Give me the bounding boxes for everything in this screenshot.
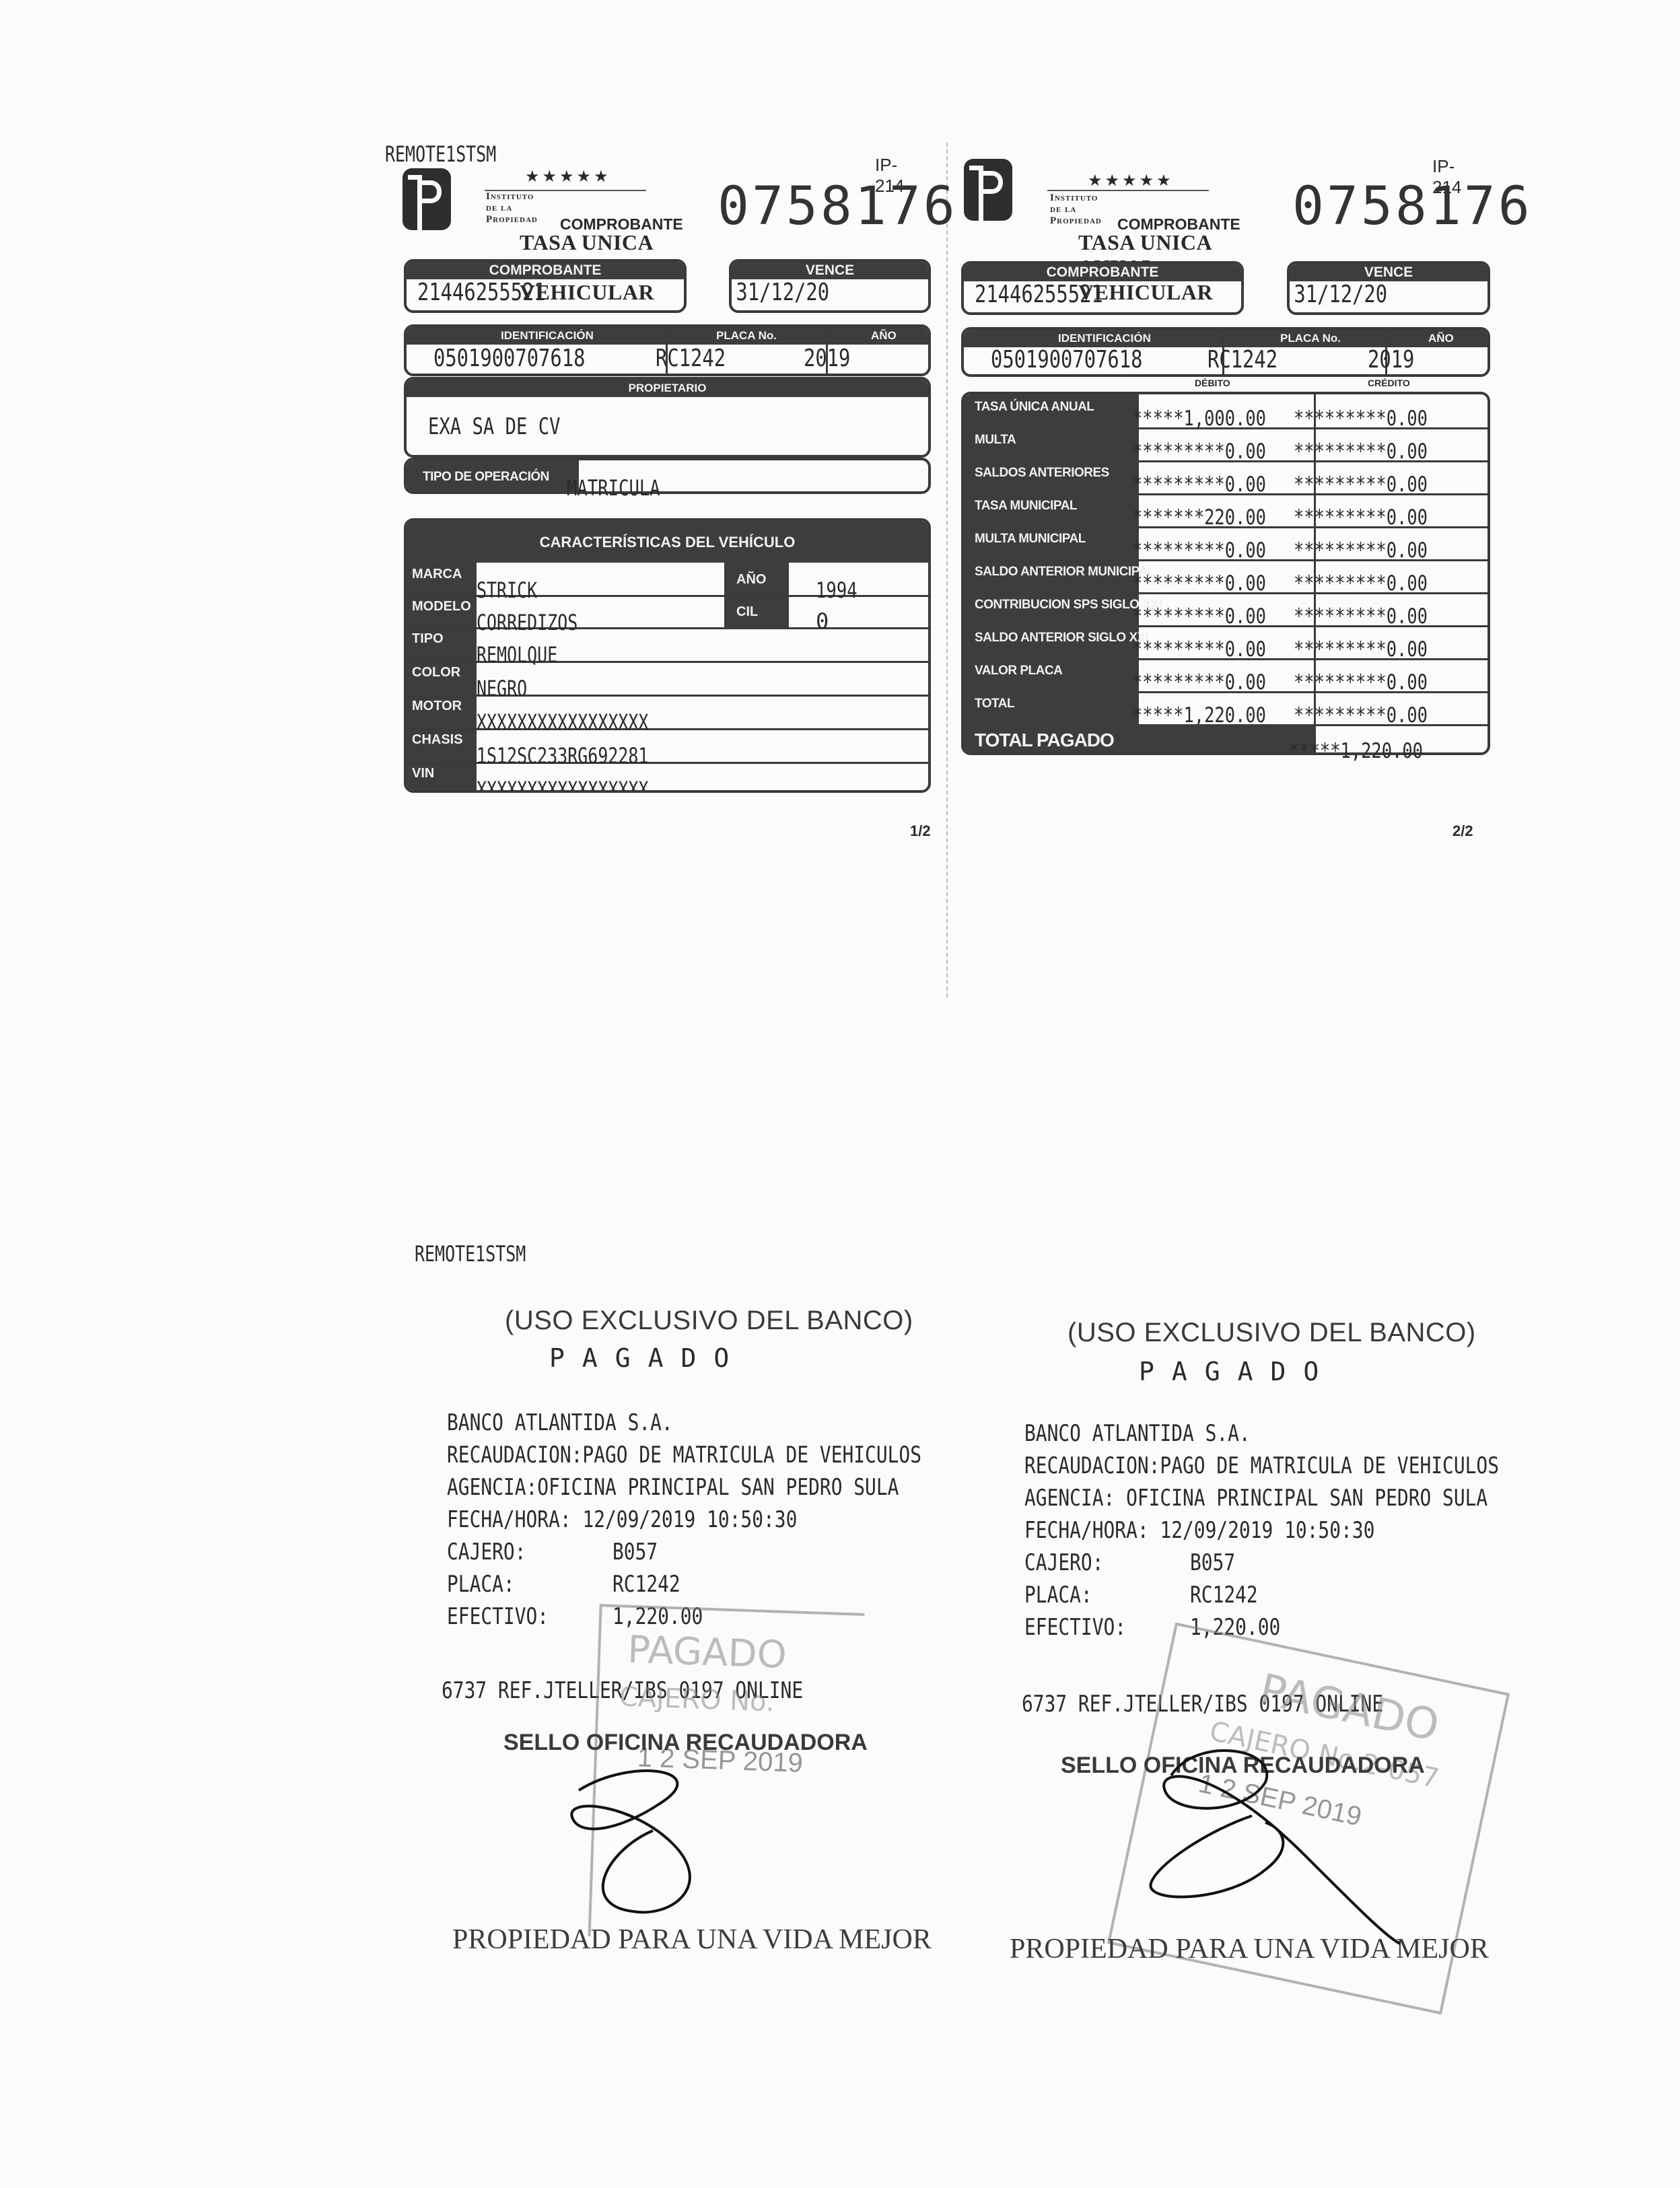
vehicle-field-value: XXXXXXXXXXXXXXXXX [477,777,648,793]
operation-box: TIPO DE OPERACIÓN [404,458,931,494]
comprobante-box: COMPROBANTE 21446255521 [961,261,1244,315]
identificacion-value: 0501900707618 [991,346,1142,374]
page-number: 2/2 [1452,822,1473,840]
cajero-label: CAJERO: [447,1536,612,1568]
serial-number: 0758176 [717,176,958,237]
fecha-row: FECHA/HORA: 12/09/2019 10:50:30 [1024,1514,1499,1547]
fecha-value: 12/09/2019 10:50:30 [1160,1517,1374,1544]
fecha-label: FECHA/HORA: [447,1506,571,1533]
stars-icon: ★★★★★ [525,167,611,186]
vehicle-field-label: MARCA [407,567,477,582]
identificacion-label: IDENTIFICACIÓN [1058,332,1151,345]
identificacion-label: IDENTIFICACIÓN [501,329,594,343]
efectivo-label: EFECTIVO: [1024,1611,1190,1644]
vehicle-field-label: VIN [407,766,477,781]
owner-value: EXA SA DE CV [407,397,824,440]
vence-box: VENCE 31/12/20 [1287,261,1490,315]
vehicle-cil-label: CIL [736,604,758,620]
vehicle-field-label: TIPO [407,631,477,647]
header-tag: REMOTE1STSM [385,141,496,167]
bank-exclusive-label: (USO EXCLUSIVO DEL BANCO) [505,1306,913,1336]
recaudacion: RECAUDACION:PAGO DE MATRICULA DE VEHICUL… [1024,1450,1499,1482]
signature-icon [552,1763,727,1952]
placa-value: RC1242 [1190,1582,1258,1609]
efectivo-label: EFECTIVO: [447,1600,612,1633]
finance-label: SALDO ANTERIOR SIGLO XXI [964,625,1139,658]
finance-label: MULTA MUNICIPAL [964,526,1139,559]
stars-icon: ★★★★★ [1088,171,1174,190]
placa-label: PLACA No. [1280,332,1341,345]
owner-label: PROPIETARIO [407,380,928,397]
finance-row: CONTRIBUCION SPS SIGLO XXI*********0.00*… [964,592,1490,627]
operation-label: TIPO DE OPERACIÓN [407,460,579,494]
debit-header: DÉBITO [1195,378,1230,388]
vehicle-row-motor: MOTORXXXXXXXXXXXXXXXXX [407,695,931,730]
vehicle-row-vin: VINXXXXXXXXXXXXXXXXX [407,762,931,793]
serial-number: 0758176 [1292,176,1533,237]
finance-row: SALDO ANTERIOR MUNICIPAL*********0.00***… [964,559,1490,594]
comprobante-value: 21446255521 [964,281,1186,308]
vence-value: 31/12/20 [732,279,889,306]
comprobante-value: 21446255521 [407,279,629,306]
finance-row: VALOR PLACA*********0.00*********0.00 [964,658,1490,693]
agencia: AGENCIA: OFICINA PRINCIPAL SAN PEDRO SUL… [1024,1482,1499,1514]
fecha-value: 12/09/2019 10:50:30 [582,1506,797,1533]
vehicle-ano-value: 1994 [816,577,858,603]
finance-row: MULTA MUNICIPAL*********0.00*********0.0… [964,526,1490,561]
vehicle-field-label: COLOR [407,665,477,680]
identification-box: IDENTIFICACIÓN PLACA No. AÑO 05019007076… [404,324,931,376]
finance-row: MULTA*********0.00*********0.00 [964,427,1490,462]
cut-line [946,143,948,997]
finance-label: CONTRIBUCION SPS SIGLO XXI [964,592,1139,625]
vence-label: VENCE [732,262,928,279]
identificacion-value: 0501900707618 [433,345,585,372]
finance-label: MULTA [964,427,1139,460]
vehicle-row-chasis: CHASIS1S12SC233RG692281 [407,728,931,764]
comprobante-label: COMPROBANTE [964,264,1241,281]
finance-table: TASA ÚNICA ANUAL*****1,000.00*********0.… [961,392,1490,755]
bank-exclusive-label: (USO EXCLUSIVO DEL BANCO) [1067,1318,1476,1348]
ano-value: 2019 [1368,346,1414,374]
vehicle-row-tipo: TIPOREMOLQUE [407,627,931,663]
owner-box: PROPIETARIO EXA SA DE CV [404,377,931,458]
cajero-row: CAJERO:B057 [1024,1547,1499,1579]
total-paid-row: TOTAL PAGADO [964,724,1314,755]
finance-row: SALDO ANTERIOR SIGLO XXI*********0.00***… [964,625,1490,660]
total-paid-value: *****1,220.00 [1289,739,1423,763]
finance-label: TOTAL [964,691,1139,724]
vehicle-cil-value: 0 [816,608,829,634]
vehicle-row-color: COLORNEGRO [407,661,931,697]
placa-value: RC1242 [1207,346,1277,374]
paid-status: PAGADO [1139,1357,1336,1386]
efectivo-row: EFECTIVO:1,220.00 [1024,1611,1499,1644]
operation-value: MATRICULA [567,475,660,501]
seal-label: SELLO OFICINA RECAUDADORA [503,1730,868,1756]
recaudacion: RECAUDACION:PAGO DE MATRICULA DE VEHICUL… [447,1439,921,1471]
finance-row: TASA MUNICIPAL*******220.00*********0.00 [964,493,1490,528]
finance-label: VALOR PLACA [964,658,1139,691]
fecha-label: FECHA/HORA: [1024,1517,1149,1544]
placa-label: PLACA: [1024,1579,1190,1611]
divider [1047,190,1209,191]
comprobante-label: COMPROBANTE [407,262,684,279]
institute-logo [964,159,1012,221]
finance-row: SALDOS ANTERIORES*********0.00*********0… [964,460,1490,495]
institute-name: Instituto de la Propiedad [486,191,538,225]
vehicle-field-label: CHASIS [407,732,477,748]
finance-row: TASA ÚNICA ANUAL*****1,000.00*********0.… [964,394,1490,429]
institute-logo [403,168,451,230]
cajero-row: CAJERO:B057 [447,1536,921,1568]
vence-label: VENCE [1290,264,1487,281]
comprobante-box: COMPROBANTE 21446255521 [404,259,687,313]
fecha-row: FECHA/HORA: 12/09/2019 10:50:30 [447,1504,921,1536]
total-paid-label: TOTAL PAGADO [975,730,1114,751]
vehicle-field-label: MODELO [407,599,477,614]
stamp-cashier: CAJERO No. [619,1681,775,1718]
placa-label: PLACA: [447,1568,612,1600]
bank-name: BANCO ATLANTIDA S.A. [447,1407,921,1439]
vehicle-field-label: MOTOR [407,699,477,714]
institute-name: Instituto de la Propiedad [1050,192,1102,227]
placa-value: RC1242 [656,345,726,372]
bank-header-tag: REMOTE1STSM [415,1241,526,1267]
agencia: AGENCIA:OFICINA PRINCIPAL SAN PEDRO SULA [447,1471,921,1504]
finance-label: SALDOS ANTERIORES [964,460,1139,493]
ano-label: AÑO [871,329,897,343]
ano-label: AÑO [1428,332,1454,345]
finance-label: TASA ÚNICA ANUAL [964,394,1139,427]
signature-icon [1131,1735,1413,1950]
vehicle-box: CARACTERÍSTICAS DEL VEHÍCULO MARCASTRICK… [404,518,931,793]
finance-label: SALDO ANTERIOR MUNICIPAL [964,559,1139,592]
vence-value: 31/12/20 [1290,281,1448,308]
placa-value: RC1242 [612,1571,680,1598]
vence-box: VENCE 31/12/20 [729,259,931,313]
vehicle-ano-label: AÑO [736,572,766,588]
placa-label: PLACA No. [716,329,777,343]
bank-name: BANCO ATLANTIDA S.A. [1024,1417,1499,1450]
stamp-title: PAGADO [627,1628,788,1677]
finance-label: TASA MUNICIPAL [964,493,1139,526]
cajero-label: CAJERO: [1024,1547,1190,1579]
placa-row: PLACA:RC1242 [1024,1579,1499,1611]
placa-row: PLACA:RC1242 [447,1568,921,1600]
finance-row: TOTAL*****1,220.00*********0.00 [964,691,1490,726]
ano-value: 2019 [804,345,850,372]
credit-header: CRÉDITO [1368,378,1410,388]
vehicle-title: CARACTERÍSTICAS DEL VEHÍCULO [407,521,928,563]
cajero-value: B057 [1190,1549,1235,1576]
bank-receipt-2: (USO EXCLUSIVO DEL BANCO) PAGADO BANCO A… [1010,1318,1562,1991]
page-number: 1/2 [910,822,931,840]
bank-receipt-1: (USO EXCLUSIVO DEL BANCO) PAGADO BANCO A… [431,1306,956,1979]
paid-status: PAGADO [549,1343,746,1373]
identification-box: IDENTIFICACIÓN PLACA No. AÑO 05019007076… [961,327,1490,377]
cajero-value: B057 [612,1539,658,1565]
